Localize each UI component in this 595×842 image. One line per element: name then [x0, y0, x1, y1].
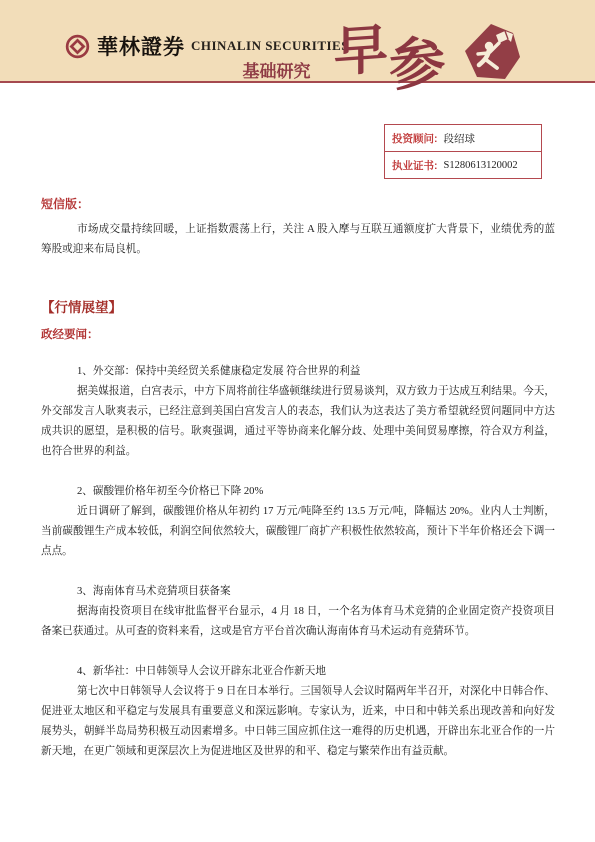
news-item-3: 3、海南体育马术竞猜项目获备案 据海南投资项目在线审批监督平台显示，4 月 18…: [41, 582, 555, 642]
news-title: 4、新华社：中日韩领导人会议开辟东北亚合作新天地: [41, 662, 555, 682]
news-title: 3、海南体育马术竞猜项目获备案: [41, 582, 555, 602]
report-content: 短信版： 市场成交量持续回暖，上证指数震荡上行，关注 A 股入摩与互联互通额度扩…: [41, 83, 555, 762]
news-item-2: 2、碳酸锂价格年初至今价格已下降 20% 近日调研了解到，碳酸锂价格从年初约 1…: [41, 482, 555, 562]
news-body: 第七次中日韩领导人会议将于 9 日在日本举行。三国领导人会议时隔两年半召开，对深…: [41, 682, 555, 762]
news-title: 1、外交部：保持中美经贸关系健康稳定发展 符合世界的利益: [41, 362, 555, 382]
runner-with-book-badge-icon: [464, 24, 521, 81]
masthead-char-1: 早: [334, 6, 388, 87]
chinalin-logo-icon: [64, 33, 91, 60]
news-title: 2、碳酸锂价格年初至今价格已下降 20%: [41, 482, 555, 502]
sms-section-heading: 短信版：: [41, 195, 555, 212]
news-body: 据美媒报道，白宫表示，中方下周将前往华盛顿继续进行贸易谈判，双方致力于达成互利结…: [41, 382, 555, 462]
masthead-title: 早参: [331, 6, 449, 86]
news-body: 近日调研了解到，碳酸锂价格从年初约 17 万元/吨降至约 13.5 万元/吨，降…: [41, 502, 555, 562]
brand-name-en: CHINALIN SECURITIES: [191, 38, 349, 54]
masthead-char-2: 参: [388, 17, 447, 102]
sms-section-body: 市场成交量持续回暖，上证指数震荡上行，关注 A 股入摩与互联互通额度扩大背景下，…: [41, 220, 555, 260]
report-page: 華林證券 CHINALIN SECURITIES 基础研究 早参 投资顾问: 段…: [0, 0, 595, 842]
brand-name-cn: 華林證券: [97, 31, 185, 61]
news-body: 据海南投资项目在线审批监督平台显示，4 月 18 日，一个名为体育马术竞猜的企业…: [41, 602, 555, 642]
news-item-4: 4、新华社：中日韩领导人会议开辟东北亚合作新天地 第七次中日韩领导人会议将于 9…: [41, 662, 555, 762]
dept-label: 基础研究: [230, 57, 323, 82]
outlook-section-heading: 【行情展望】: [41, 296, 555, 316]
politics-news-subheading: 政经要闻：: [41, 326, 555, 342]
header-band: 華林證券 CHINALIN SECURITIES 基础研究 早参: [0, 0, 595, 83]
news-item-1: 1、外交部：保持中美经贸关系健康稳定发展 符合世界的利益 据美媒报道，白宫表示，…: [41, 362, 555, 462]
